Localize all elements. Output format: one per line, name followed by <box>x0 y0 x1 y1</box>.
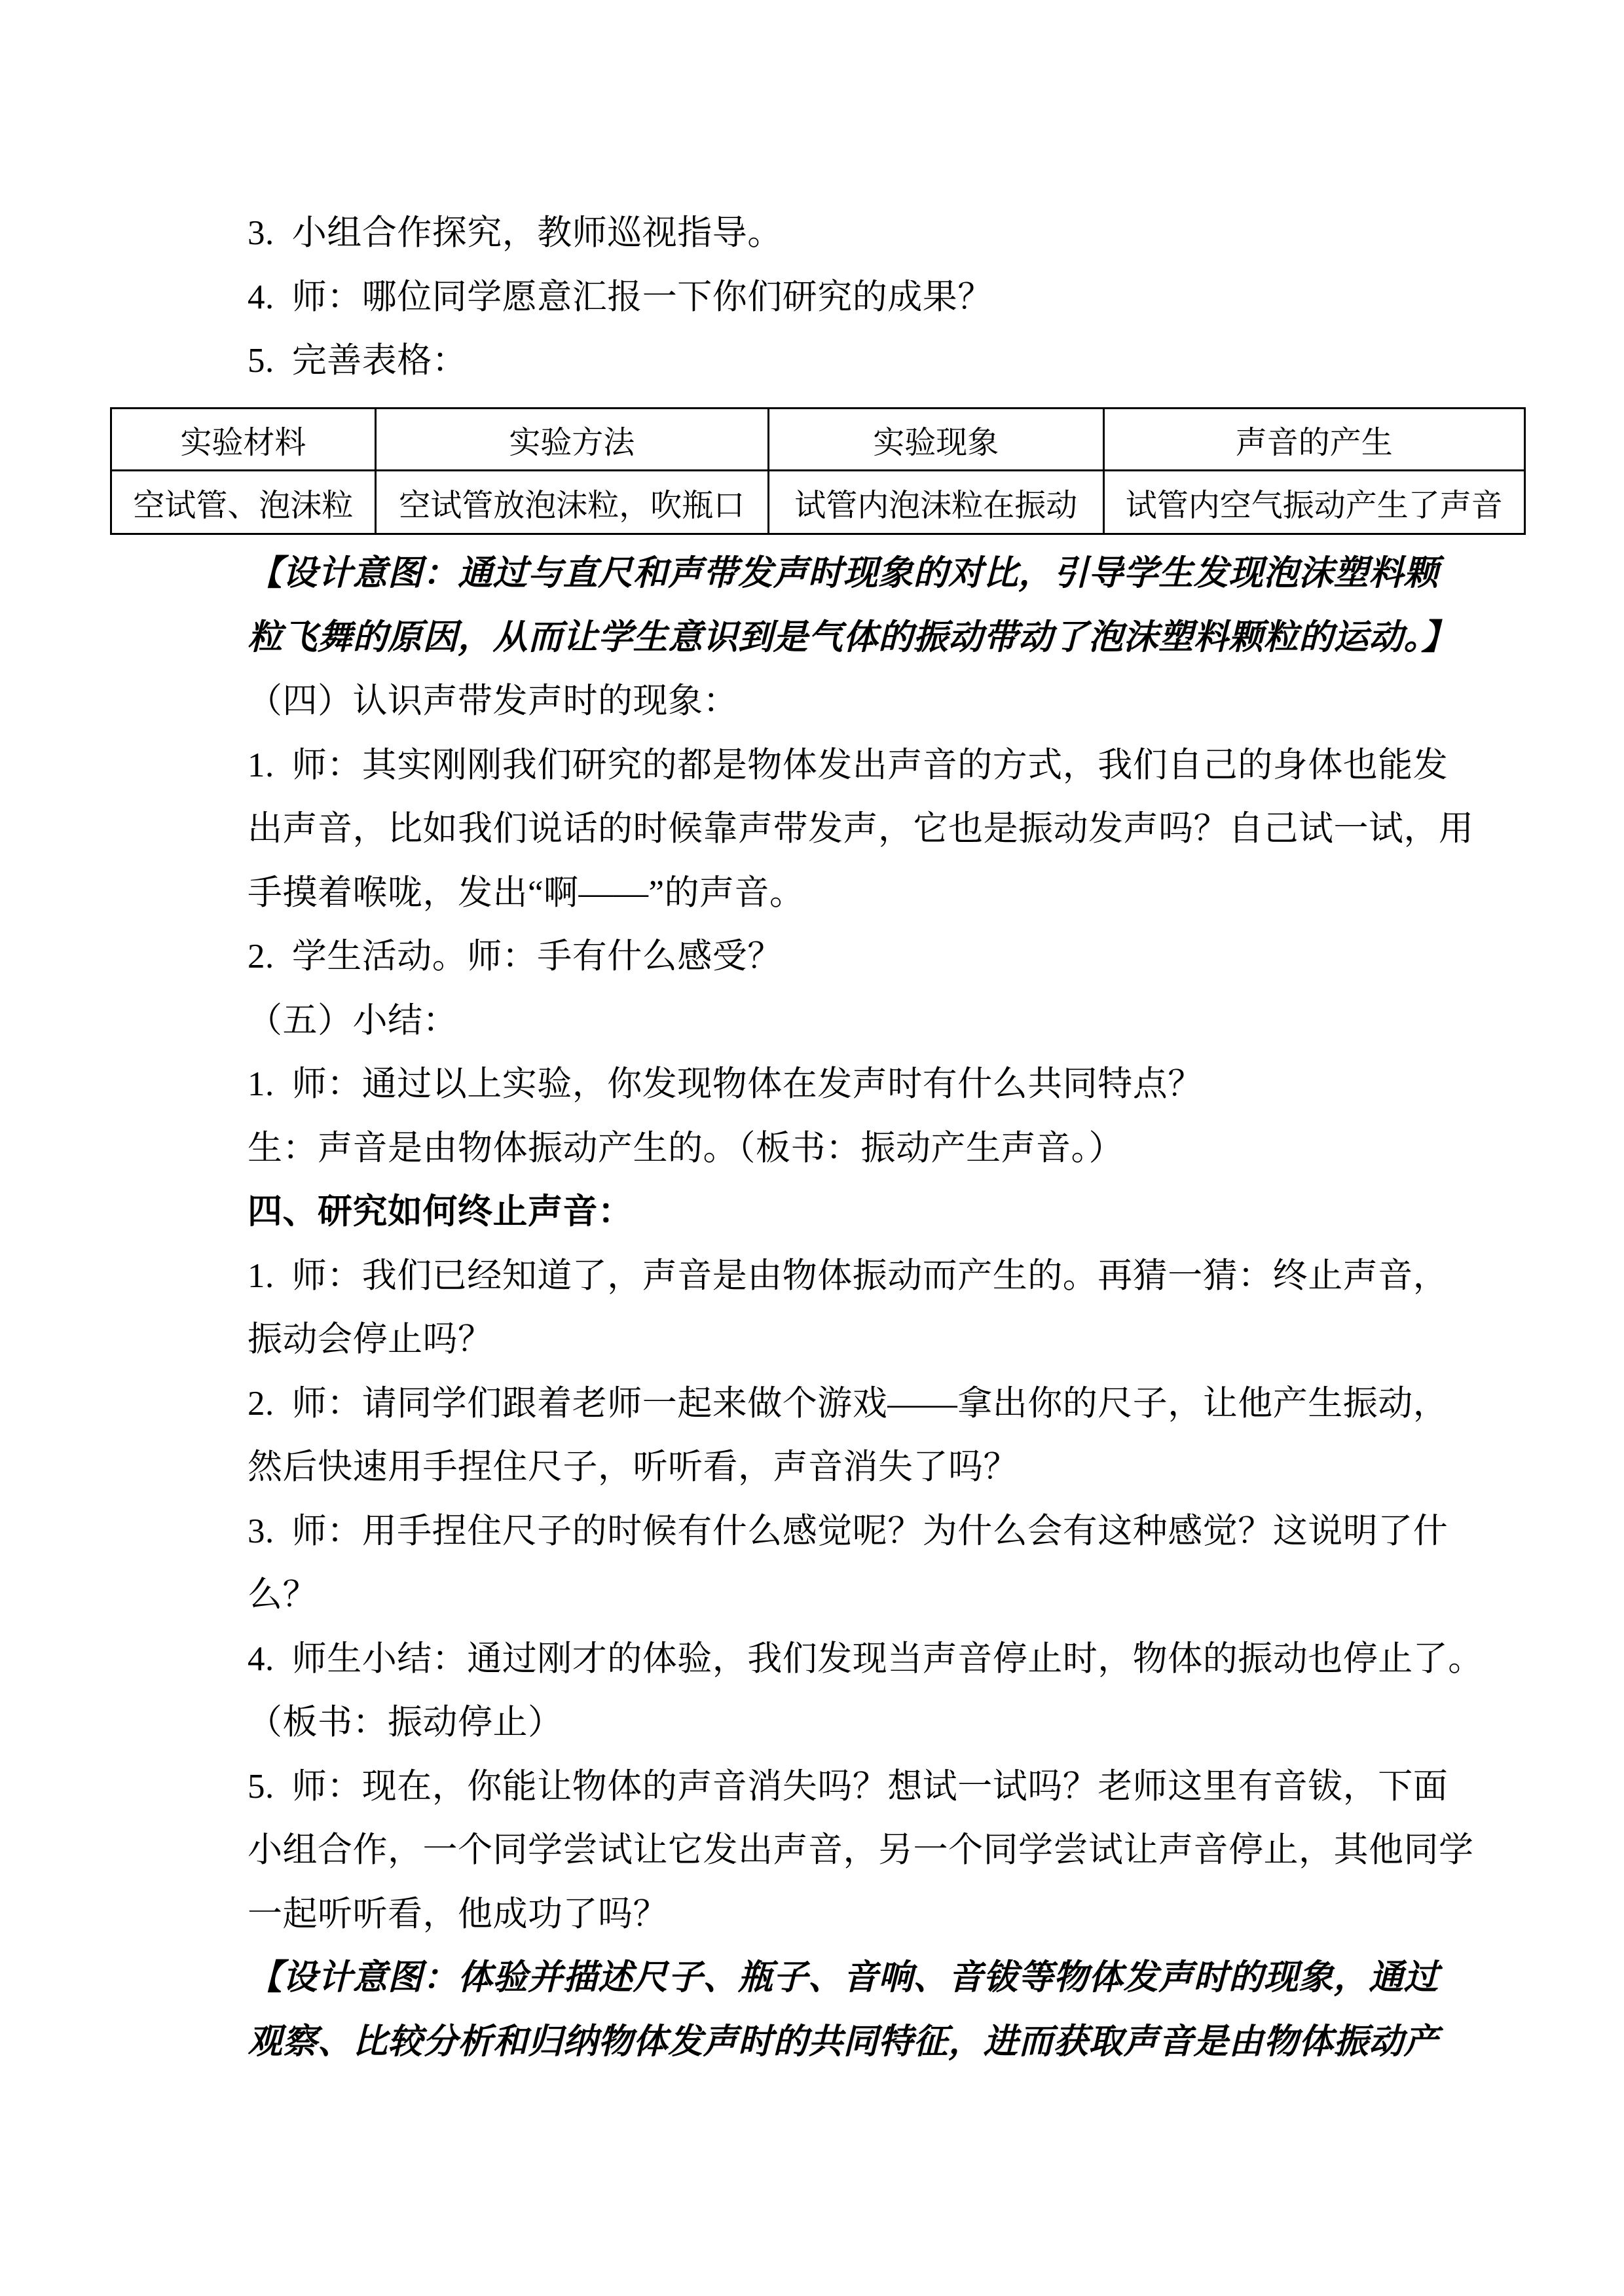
text-line: 生：声音是由物体振动产生的。（板书：振动产生声音。） <box>248 1117 1524 1181</box>
text-line: 振动会停止吗？ <box>248 1308 1524 1372</box>
text-line: 3. 师：用手捏住尺子的时候有什么感觉呢？为什么会有这种感觉？这说明了什 <box>248 1500 1524 1564</box>
table-header-row: 实验材料实验方法实验现象声音的产生 <box>111 409 1525 471</box>
text-line: 手摸着喉咙，发出“啊——”的声音。 <box>248 862 1524 926</box>
experiment-table: 实验材料实验方法实验现象声音的产生 空试管、泡沫粒空试管放泡沫粒，吹瓶口试管内泡… <box>110 407 1526 535</box>
text-line: 粒飞舞的原因，从而让学生意识到是气体的振动带动了泡沫塑料颗粒的运动。】 <box>248 606 1524 670</box>
table-cell: 空试管、泡沫粒 <box>111 471 376 534</box>
table-cell: 空试管放泡沫粒，吹瓶口 <box>375 471 768 534</box>
table-cell: 试管内泡沫粒在振动 <box>768 471 1103 534</box>
text-line: 5. 完善表格： <box>248 329 1524 393</box>
table-header-cell: 声音的产生 <box>1103 409 1524 471</box>
text-line: 小组合作，一个同学尝试让它发出声音，另一个同学尝试让声音停止，其他同学 <box>248 1819 1524 1883</box>
text-line: 1. 师：其实刚刚我们研究的都是物体发出声音的方式，我们自己的身体也能发 <box>248 734 1524 798</box>
table-header-cell: 实验方法 <box>375 409 768 471</box>
text-line: 2. 学生活动。师：手有什么感受？ <box>248 925 1524 989</box>
text-line: 一起听听看，他成功了吗？ <box>248 1883 1524 1947</box>
text-line: 四、研究如何终止声音： <box>248 1180 1524 1245</box>
text-line: 观察、比较分析和归纳物体发声时的共同特征，进而获取声音是由物体振动产 <box>248 2011 1524 2075</box>
text-line: 3. 小组合作探究，教师巡视指导。 <box>248 202 1524 266</box>
table-header-cell: 实验现象 <box>768 409 1103 471</box>
text-line: 出声音，比如我们说话的时候靠声带发声，它也是振动发声吗？自己试一试，用 <box>248 797 1524 862</box>
text-line: 1. 师：通过以上实验，你发现物体在发声时有什么共同特点？ <box>248 1053 1524 1117</box>
text-line: 【设计意图：体验并描述尺子、瓶子、音响、音钹等物体发声时的现象，通过 <box>248 1946 1524 2011</box>
table-row: 空试管、泡沫粒空试管放泡沫粒，吹瓶口试管内泡沫粒在振动试管内空气振动产生了声音 <box>111 471 1525 534</box>
document-page: 3. 小组合作探究，教师巡视指导。4. 师：哪位同学愿意汇报一下你们研究的成果？… <box>0 0 1624 2296</box>
text-line: 么？ <box>248 1563 1524 1628</box>
text-line: 【设计意图：通过与直尺和声带发声时现象的对比，引导学生发现泡沫塑料颗 <box>248 542 1524 606</box>
text-line: （五）小结： <box>248 989 1524 1053</box>
text-line: 5. 师：现在，你能让物体的声音消失吗？想试一试吗？老师这里有音钹，下面 <box>248 1755 1524 1819</box>
text-line: （四）认识声带发声时的现象： <box>248 670 1524 734</box>
text-line: （板书：振动停止） <box>248 1691 1524 1755</box>
text-line: 2. 师：请同学们跟着老师一起来做个游戏——拿出你的尺子，让他产生振动， <box>248 1372 1524 1436</box>
text-line: 4. 师生小结：通过刚才的体验，我们发现当声音停止时，物体的振动也停止了。 <box>248 1628 1524 1692</box>
text-line: 1. 师：我们已经知道了，声音是由物体振动而产生的。再猜一猜：终止声音， <box>248 1245 1524 1309</box>
experiment-table-wrap: 实验材料实验方法实验现象声音的产生 空试管、泡沫粒空试管放泡沫粒，吹瓶口试管内泡… <box>110 407 1526 535</box>
table-cell: 试管内空气振动产生了声音 <box>1103 471 1524 534</box>
table-body: 空试管、泡沫粒空试管放泡沫粒，吹瓶口试管内泡沫粒在振动试管内空气振动产生了声音 <box>111 471 1525 534</box>
text-line: 然后快速用手捏住尺子，听听看，声音消失了吗？ <box>248 1436 1524 1500</box>
text-line: 4. 师：哪位同学愿意汇报一下你们研究的成果？ <box>248 266 1524 330</box>
table-header-cell: 实验材料 <box>111 409 376 471</box>
